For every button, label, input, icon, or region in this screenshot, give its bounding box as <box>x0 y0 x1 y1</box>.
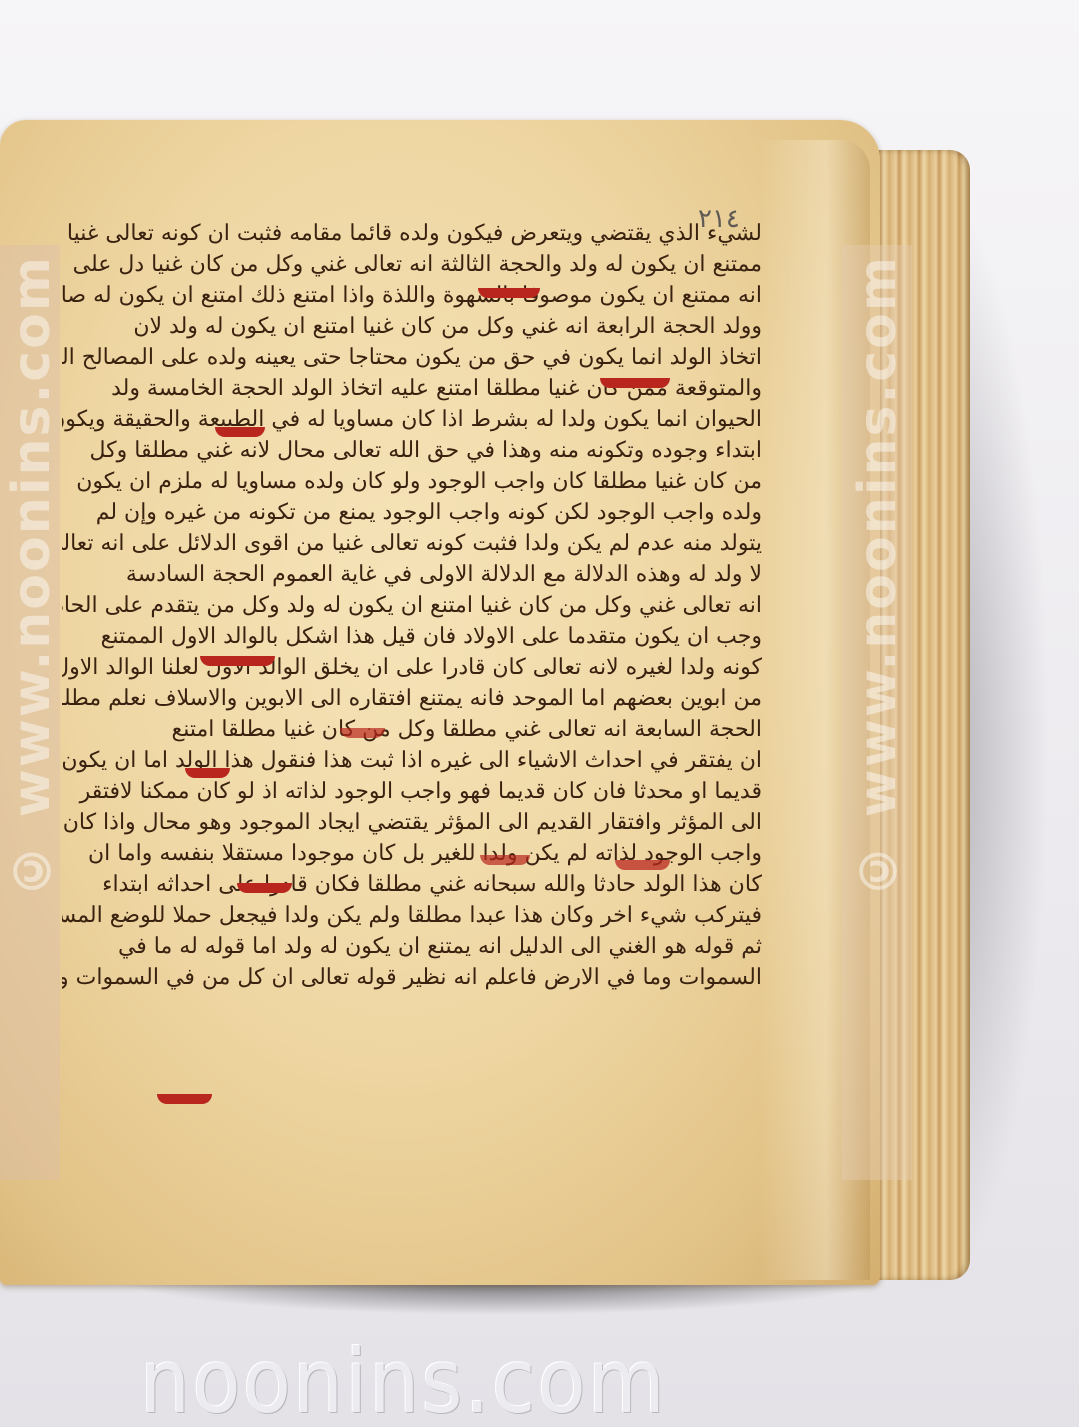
text-line: ثم قوله هو الغني الى الدليل انه يمتنع ان… <box>62 931 762 962</box>
text-line: من ابوين بعضهم اما الموحد فانه يمتنع افت… <box>62 683 762 714</box>
text-line: وولد الحجة الرابعة انه غني وكل من كان غن… <box>62 311 762 342</box>
rubric-mark <box>215 427 265 437</box>
text-line: كان هذا الولد حادثا والله سبحانه غني مطل… <box>62 869 762 900</box>
text-line: لا ولد له وهذه الدلالة مع الدلالة الاولى… <box>62 559 762 590</box>
text-line: السموات وما في الارض فاعلم انه نظير قوله… <box>62 962 762 993</box>
text-line: انه ممتنع ان يكون موصوفا بالشهوة واللذة … <box>62 280 762 311</box>
manuscript-text-block: لشيء الذي يقتضي ويتعرض فيكون ولده قائما … <box>62 218 762 993</box>
text-line: اتخاذ الولد انما يكون في حق من يكون محتا… <box>62 342 762 373</box>
text-line: الى المؤثر وافتقار القديم الى المؤثر يقت… <box>62 807 762 838</box>
rubric-mark <box>237 883 292 893</box>
watermark-text-right: © www.noonins.com <box>848 255 908 899</box>
rubric-mark <box>200 656 275 666</box>
text-line: فيتركب شيء اخر وكان هذا عبدا مطلقا ولم ي… <box>62 900 762 931</box>
text-line: لشيء الذي يقتضي ويتعرض فيكون ولده قائما … <box>62 218 762 249</box>
text-line: ان يفتقر في احداث الاشياء الى غيره اذا ث… <box>62 745 762 776</box>
text-line: كونه ولدا لغيره لانه تعالى كان قادرا على… <box>62 652 762 683</box>
text-line: انه تعالى غني وكل من كان غنيا امتنع ان ي… <box>62 590 762 621</box>
rubric-mark <box>340 728 385 738</box>
rubric-mark <box>157 1094 212 1104</box>
text-line: ممتنع ان يكون له ولد والحجة الثالثة انه … <box>62 249 762 280</box>
watermark-strip-left: © www.noonins.com <box>0 245 60 1180</box>
text-line: يتولد منه عدم لم يكن ولدا فثبت كونه تعال… <box>62 528 762 559</box>
watermark-text-left: © www.noonins.com <box>2 255 62 899</box>
text-line: وجب ان يكون متقدما على الاولاد فان قيل ه… <box>62 621 762 652</box>
text-line: قديما او محدثا فان كان قديما فهو واجب ال… <box>62 776 762 807</box>
watermark-bottom: noonins.com <box>140 1330 667 1427</box>
text-line: ابتداء وجوده وتكونه منه وهذا في حق الله … <box>62 435 762 466</box>
rubric-mark <box>615 860 670 870</box>
text-line: الحجة السابعة انه تعالى غني مطلقا وكل من… <box>62 714 762 745</box>
text-line: ولده واجب الوجود لكن كونه واجب الوجود يم… <box>62 497 762 528</box>
text-line: الحيوان انما يكون ولدا له بشرط اذا كان م… <box>62 404 762 435</box>
rubric-mark <box>480 855 530 865</box>
rubric-mark <box>478 288 540 298</box>
text-line: من كان غنيا مطلقا كان واجب الوجود ولو كا… <box>62 466 762 497</box>
rubric-mark <box>185 768 230 778</box>
watermark-strip-right: © www.noonins.com <box>842 245 912 1180</box>
rubric-mark <box>600 378 670 388</box>
